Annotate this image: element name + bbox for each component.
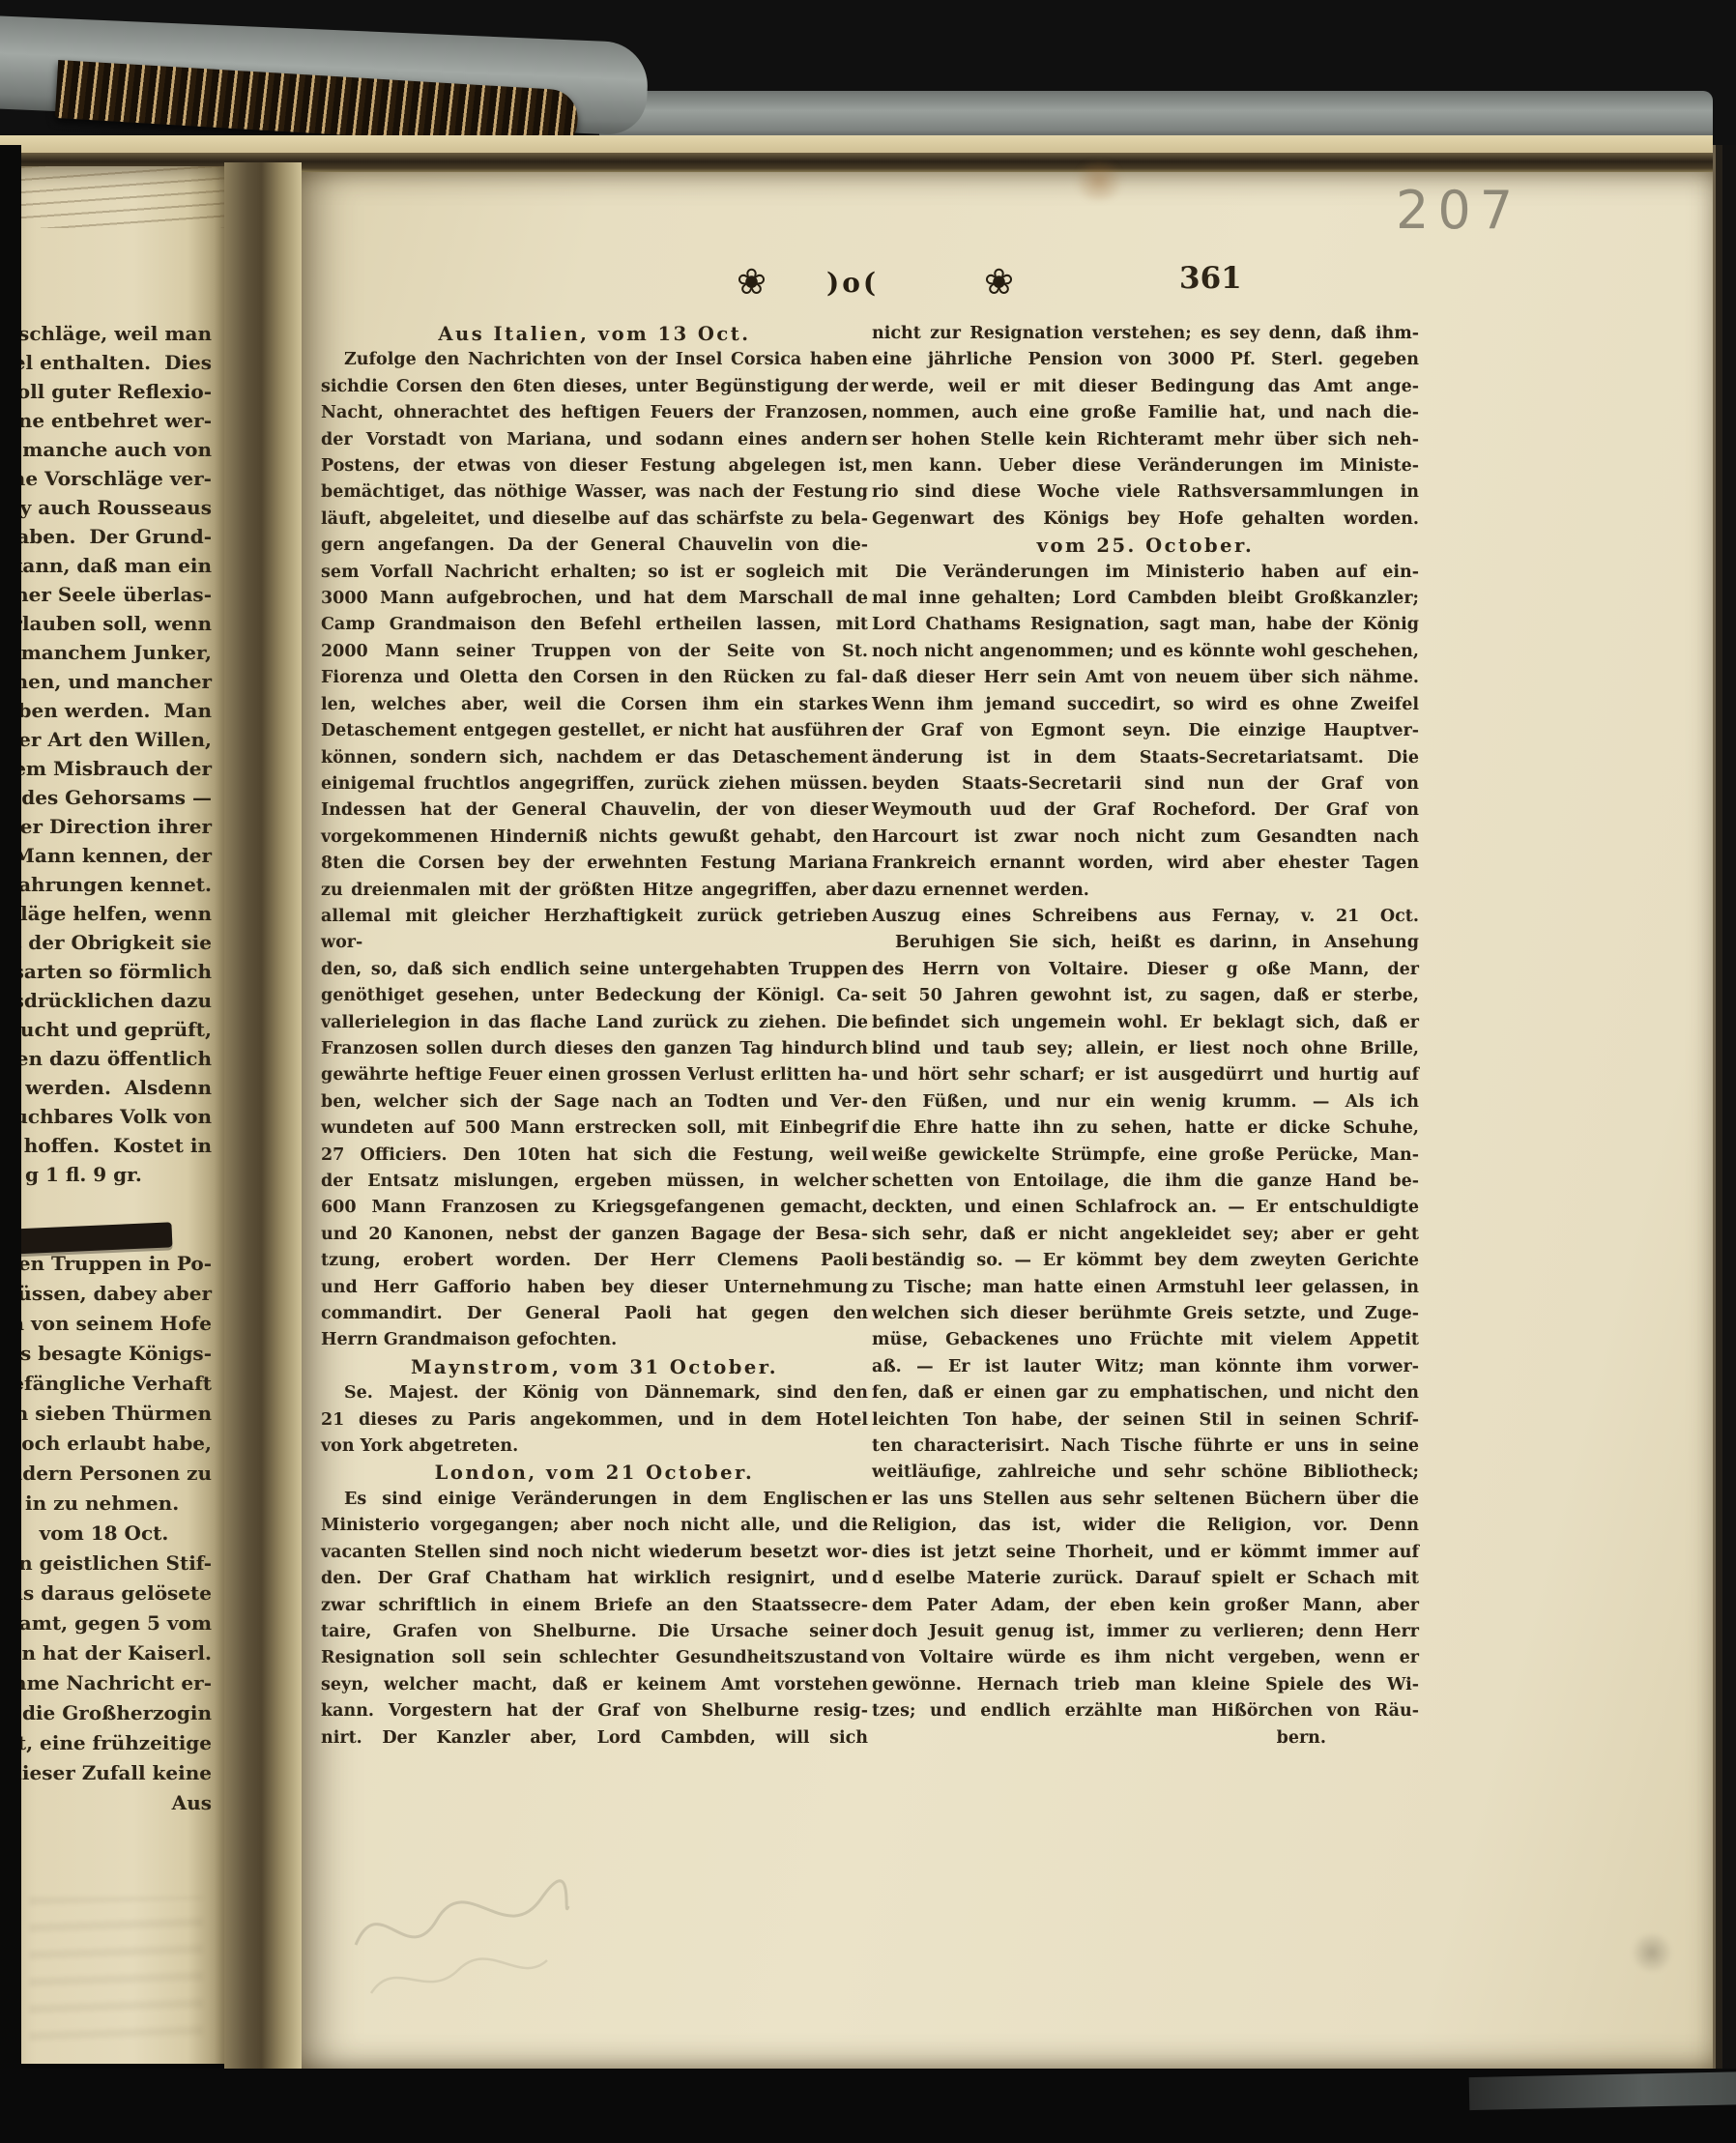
text-line: mmeramt, gegen 5 vom bbox=[21, 1608, 212, 1638]
text-line: alle den geistlichen Stif- bbox=[21, 1549, 212, 1578]
text-line: ber dieser Zufall keine bbox=[21, 1758, 212, 1788]
page-number: 361 bbox=[1179, 261, 1242, 296]
heading-aus-italien: Aus Italien, vom 13 Oct. bbox=[321, 321, 868, 347]
fleuron-ornament-icon: ❀ bbox=[737, 261, 767, 303]
heading-fernay-letter: Auszug eines Schreibens aus Fernay, v. 2… bbox=[872, 904, 1419, 930]
article-25-october: Die Veränderungen im Ministerio haben au… bbox=[872, 560, 1419, 878]
text-line: ung des Gehorsams — bbox=[21, 783, 212, 812]
text-line: zu den sieben Thürmen bbox=[21, 1399, 212, 1429]
text-line: on dem Misbrauch der bbox=[21, 754, 212, 783]
article-fernay-voltaire: Beruhigen Sie sich, heißt es darinn, in … bbox=[872, 930, 1419, 1724]
archive-stamp-number: 207 bbox=[1396, 180, 1521, 241]
text-line: ucht der Obrigkeit sie bbox=[21, 928, 212, 957]
dateline-heading: vom 18 Oct. bbox=[40, 1519, 194, 1549]
text-line: seiner Seele überlas- bbox=[21, 580, 212, 609]
text-line: brechen, und mancher bbox=[21, 667, 212, 696]
ink-show-through bbox=[29, 1897, 203, 2042]
text-line: gehabt, eine frühzeitige bbox=[21, 1728, 212, 1758]
text-line: so voll guter Reflexio- bbox=[21, 377, 212, 406]
article-italy-lastline: Herrn Grandmaison gefochten. bbox=[321, 1327, 868, 1353]
text-line: Vorschläge helfen, wenn bbox=[21, 899, 212, 928]
text-line: t und das daraus gelösete bbox=[21, 1578, 212, 1608]
left-page-top-edge bbox=[21, 166, 224, 228]
catchword: Aus bbox=[172, 1788, 212, 1818]
text-line: untersucht und geprüft, bbox=[21, 1015, 212, 1044]
text-line: ction von seinem Hofe bbox=[21, 1309, 212, 1339]
text-line: in brauchbares Volk von bbox=[21, 1102, 212, 1131]
column-left: Aus Italien, vom 13 Oct. Zufolge den Nac… bbox=[321, 321, 868, 1752]
text-line: n zu hoffen. Kostet in bbox=[21, 1131, 212, 1160]
text-line: en Mann kennen, der bbox=[21, 841, 212, 870]
text-line: ihm doch erlaubt habe, bbox=[21, 1429, 212, 1459]
bottom-cover-edge bbox=[1469, 2071, 1736, 2110]
text-line: en müssen, dabey aber bbox=[21, 1279, 212, 1309]
text-line: dabey auch Rousseaus bbox=[21, 493, 212, 522]
page-block-top-edge bbox=[0, 135, 1713, 155]
paper-smudge bbox=[1630, 1933, 1674, 1972]
text-line: ittel enthalten. Dies bbox=[21, 348, 212, 377]
article-london-continued: nicht zur Resignation verstehen; es sey … bbox=[872, 321, 1419, 533]
text-line: ßischen Truppen in Po- bbox=[21, 1249, 212, 1279]
text-line: en erlauben soll, wenn bbox=[21, 609, 212, 638]
column-right: nicht zur Resignation verstehen; es sey … bbox=[872, 321, 1419, 1752]
text-line: in zu nehmen. bbox=[21, 1489, 179, 1519]
text-line: Wien hat der Kaiserl. bbox=[21, 1638, 212, 1668]
text-line: en Erfahrungen kennet. bbox=[21, 870, 212, 899]
right-page-edge bbox=[1713, 145, 1736, 2088]
text-line: s könne entbehret wer- bbox=[21, 406, 212, 435]
text-line: lbige das besagte Königs- bbox=[21, 1339, 212, 1369]
header-separator: )o( bbox=[826, 267, 879, 299]
pencil-scribble bbox=[344, 1856, 576, 2020]
right-page: 207 ❀ )o( ❀ 361 Aus Italien, vom 13 Oct.… bbox=[302, 172, 1713, 2069]
text-line: en andern Personen zu bbox=[21, 1459, 212, 1489]
left-cover-edge bbox=[0, 145, 21, 2143]
article-maynstrom: Se. Majest. der König von Dännemark, sin… bbox=[321, 1380, 868, 1433]
text-line: olgen kann, daß man ein bbox=[21, 551, 212, 580]
text-line: e in gefängliche Verhaft bbox=[21, 1369, 212, 1399]
book-scan-photo: Vorschläge, weil man ittel enthalten. Di… bbox=[0, 0, 1736, 2143]
text-line: haben. Der Grund- bbox=[21, 522, 212, 551]
text-line: ngenehme Nachricht er- bbox=[21, 1668, 212, 1698]
text-line: und der Direction ihrer bbox=[21, 812, 212, 841]
article-italy: Zufolge den Nachrichten von der Insel Co… bbox=[321, 347, 868, 1327]
text-line: heit, die Großherzogin bbox=[21, 1698, 212, 1728]
article-maynstrom-lastline: von York abgetreten. bbox=[321, 1433, 868, 1460]
left-page-text: Vorschläge, weil man ittel enthalten. Di… bbox=[21, 319, 212, 1818]
left-page-fragment: Vorschläge, weil man ittel enthalten. Di… bbox=[21, 166, 224, 2064]
heading-25-october: vom 25. October. bbox=[872, 533, 1419, 559]
catchword: bern. bbox=[872, 1725, 1419, 1752]
text-line: on der Art den Willen, bbox=[21, 725, 212, 754]
heading-maynstrom: Maynstrom, vom 31 October. bbox=[321, 1354, 868, 1380]
text-line: unte manchem Junker, bbox=[21, 638, 212, 667]
heading-london: London, vom 21 October. bbox=[321, 1460, 868, 1486]
paper-stain bbox=[1071, 160, 1127, 201]
text-line: aß er manche auch von bbox=[21, 435, 212, 464]
article-25-october-lastline: dazu ernennet werden. bbox=[872, 878, 1419, 904]
text-line: Vorschläge, weil man bbox=[21, 319, 212, 348]
text-line: ner ausdrücklichen dazu bbox=[21, 986, 212, 1015]
text-line: erdorben werden. Man bbox=[21, 696, 212, 725]
text-line: iehungsarten so förmlich bbox=[21, 957, 212, 986]
text-line: ndsätzen dazu öffentlich bbox=[21, 1044, 212, 1073]
fleuron-ornament-icon: ❀ bbox=[984, 261, 1014, 303]
article-london: Es sind einige Veränderungen in dem Engl… bbox=[321, 1487, 868, 1752]
book-gutter bbox=[224, 162, 302, 2069]
price-line: g 1 fl. 9 gr. bbox=[21, 1160, 142, 1189]
text-line: cht werden. Alsdenn bbox=[21, 1073, 212, 1102]
text-line: gebene Vorschläge ver- bbox=[21, 464, 212, 493]
